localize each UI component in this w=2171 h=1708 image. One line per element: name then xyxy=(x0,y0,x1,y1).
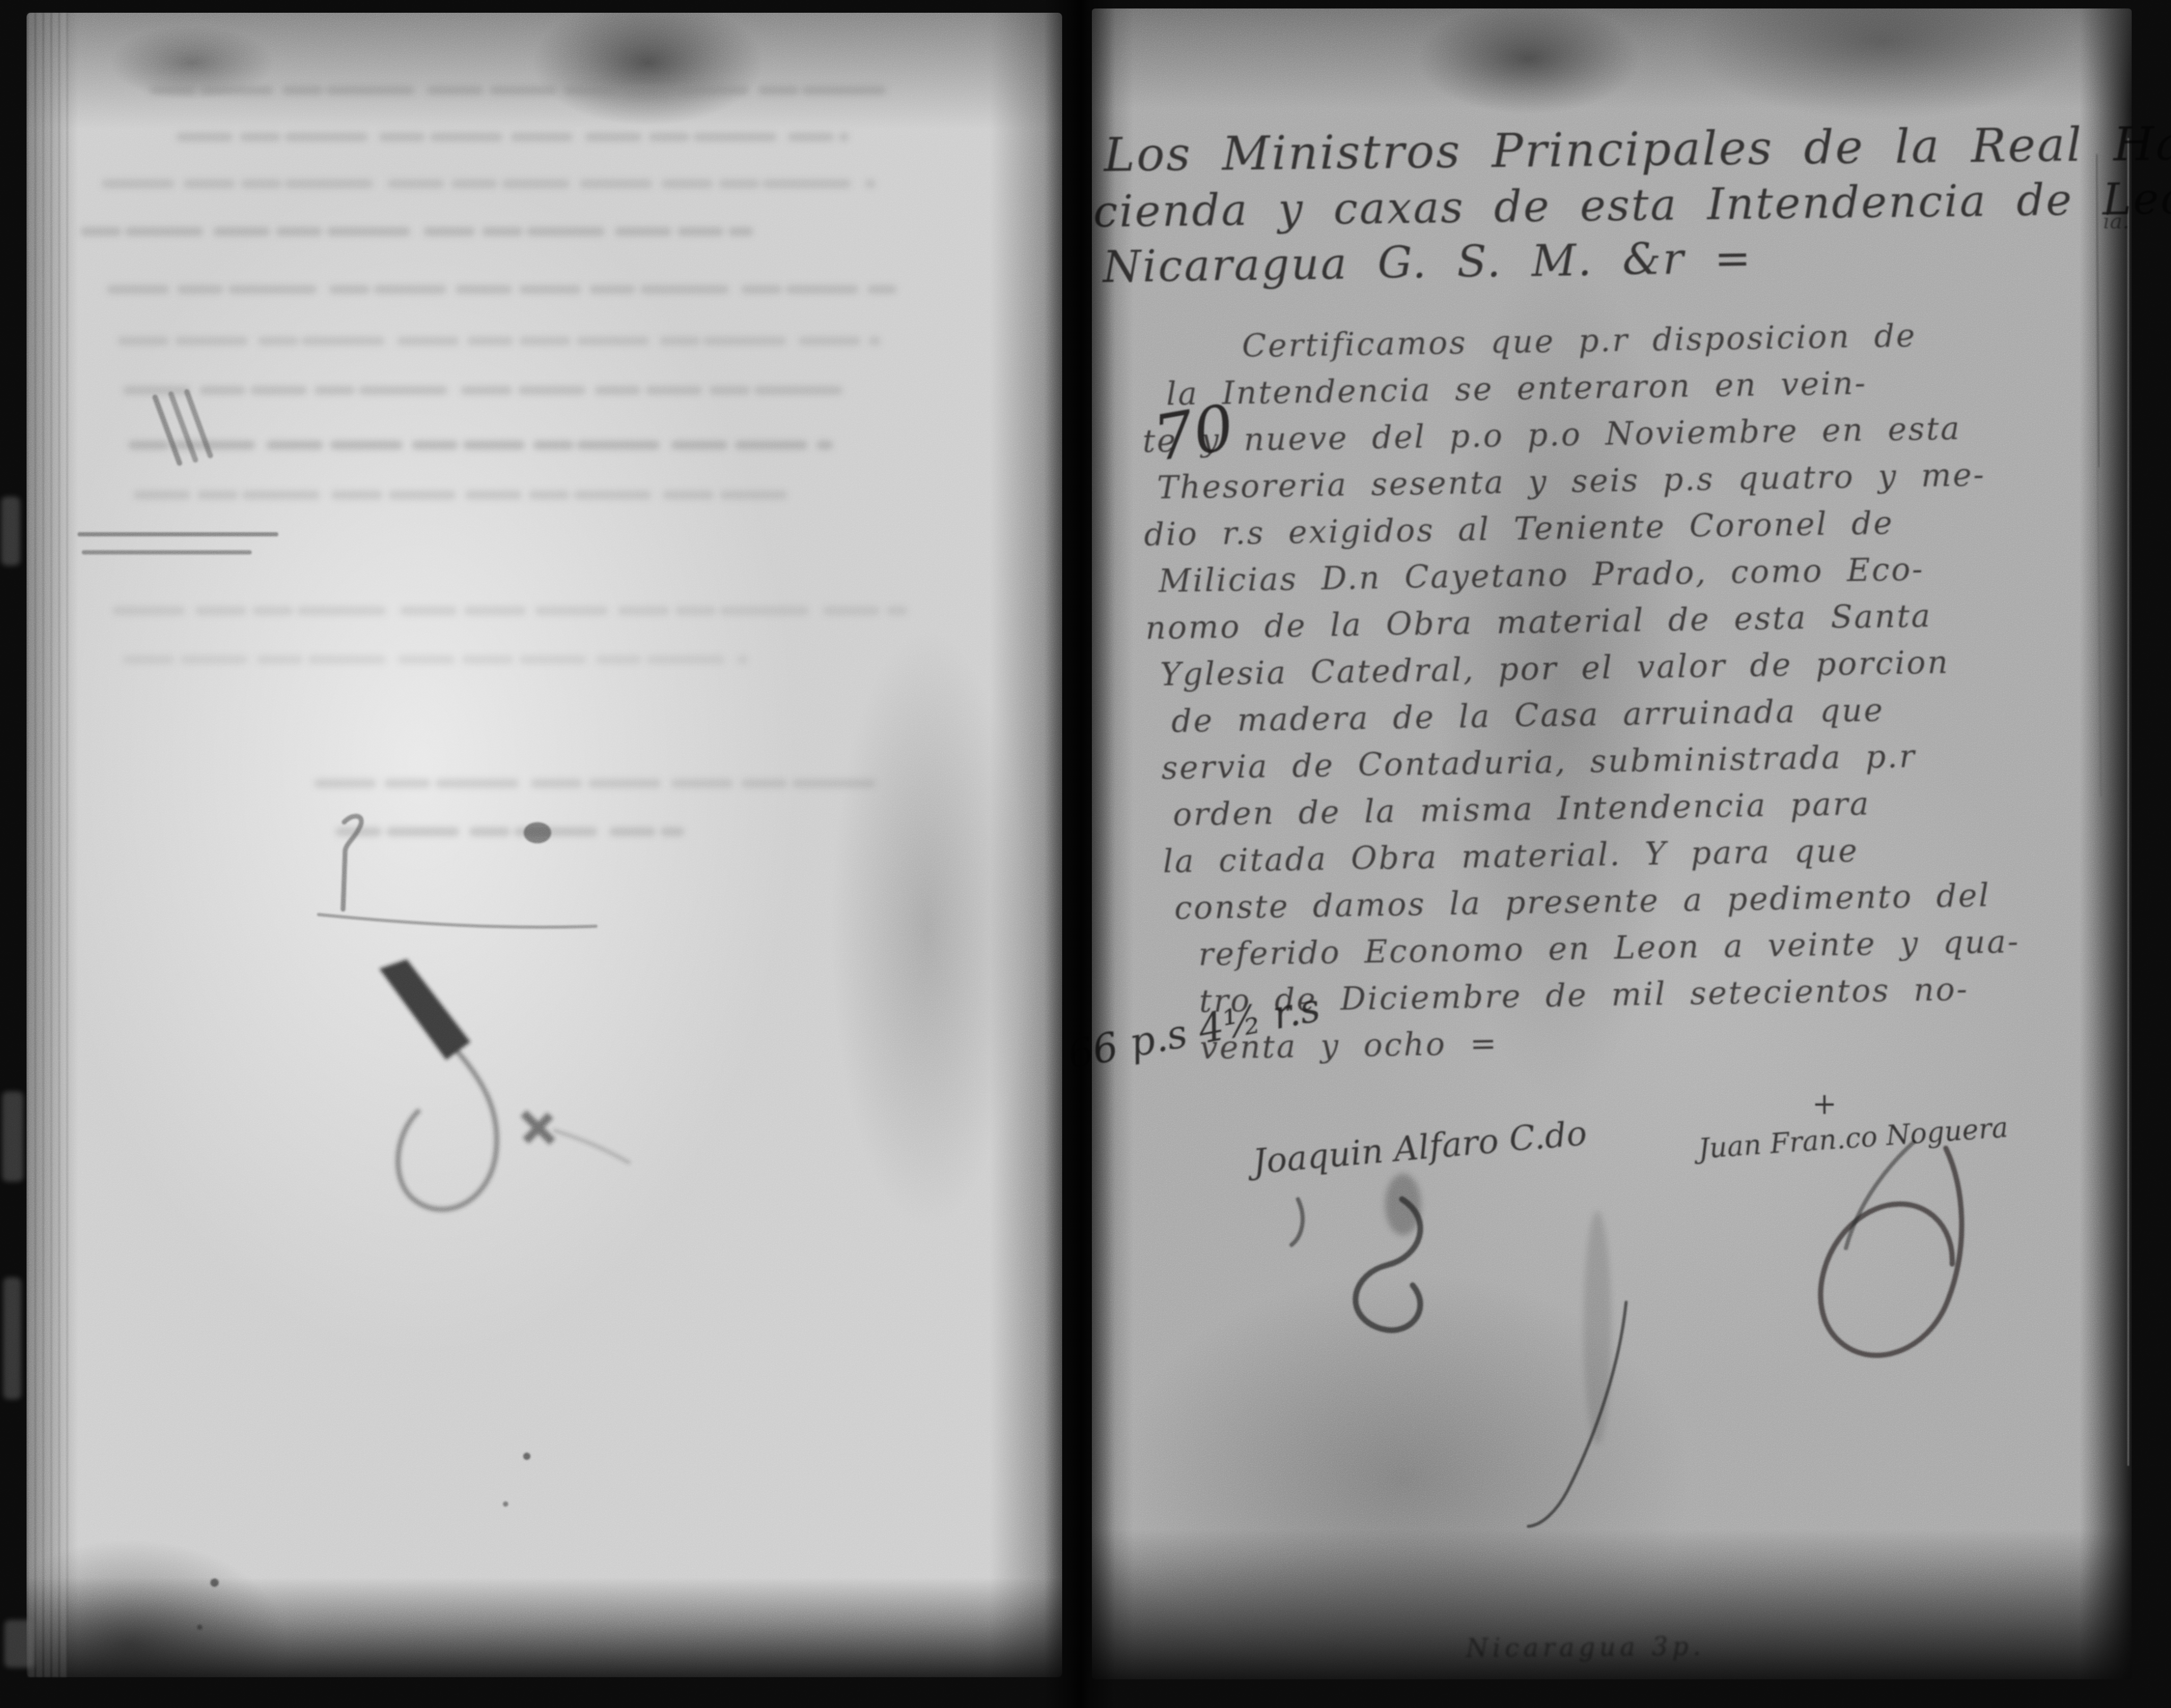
film-grain-overlay xyxy=(0,0,2171,1708)
microfilm-scan: Los Ministros Principales de la Real Ha-… xyxy=(0,0,2171,1708)
